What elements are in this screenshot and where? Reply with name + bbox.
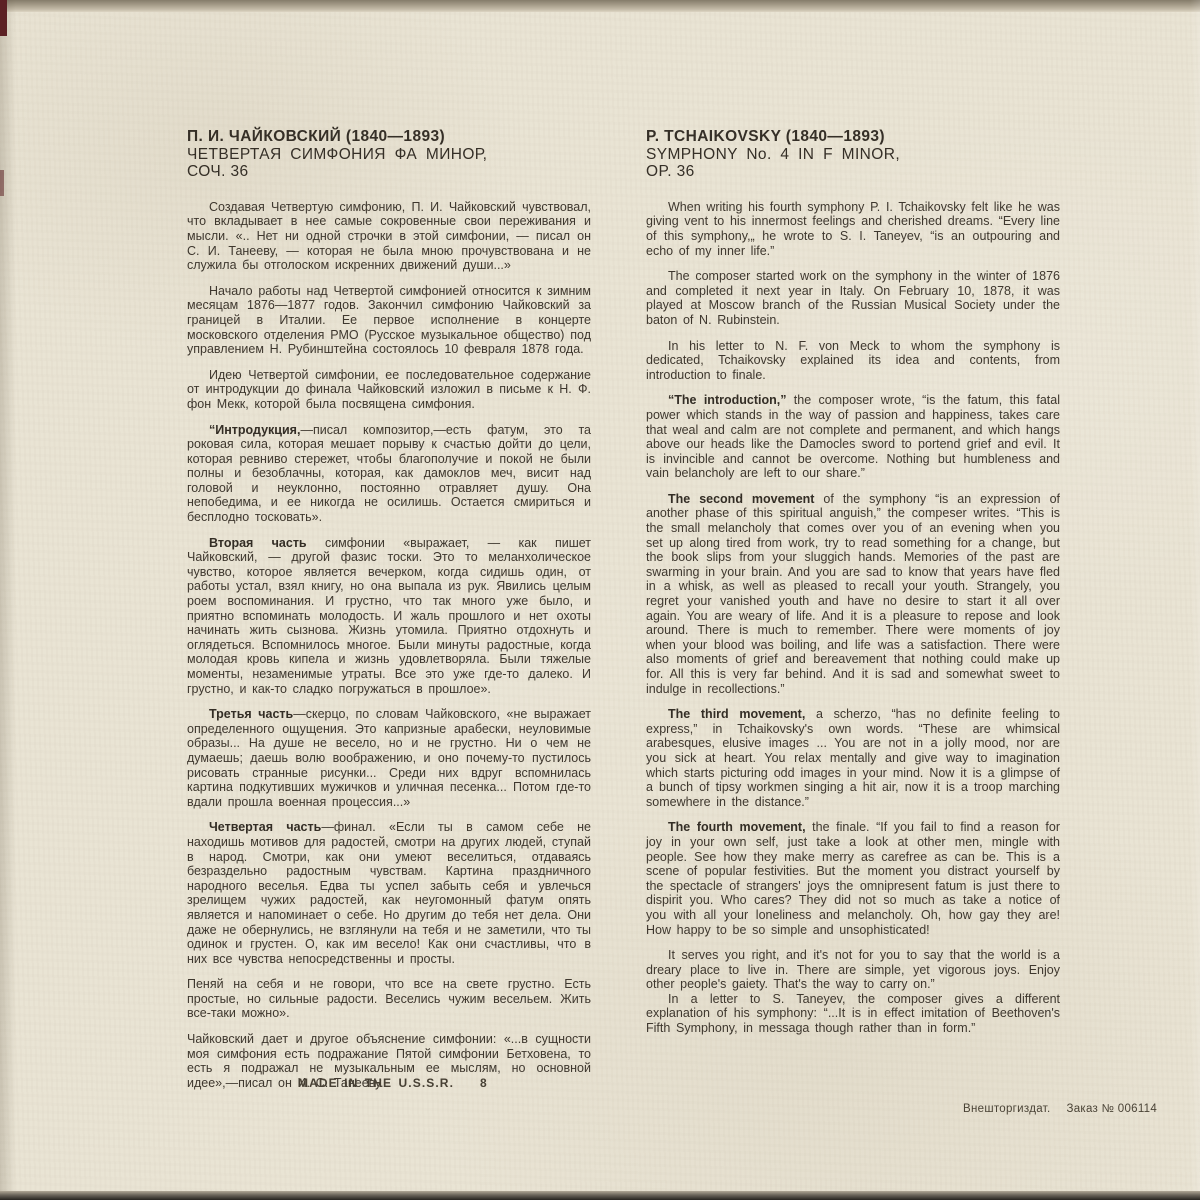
paragraph-lead: Четвертая часть [209, 820, 321, 834]
russian-paragraph-fourth-movement: Четвертая часть—финал. «Если ты в самом … [187, 820, 591, 966]
russian-symphony-title: ЧЕТВЕРТАЯ СИМФОНИЯ ФА МИНОР, [187, 146, 591, 164]
paragraph-lead: Вторая часть [209, 536, 307, 550]
paragraph-text: —писал композитор,—есть фатум, это та ро… [187, 423, 591, 525]
sleeve-top-edge [0, 0, 1200, 12]
paragraph-lead: “Интродукция, [209, 423, 300, 437]
paragraph-lead: The third movement, [668, 707, 805, 721]
russian-paragraph-2: Начало работы над Четвертой симфонией от… [187, 284, 591, 357]
spine-mark-top [0, 0, 7, 36]
record-sleeve-back-cover: П. И. ЧАЙКОВСКИЙ (1840—1893) ЧЕТВЕРТАЯ С… [0, 0, 1200, 1200]
made-in-label: MADE IN THE U.S.S.R. [298, 1076, 454, 1090]
paragraph-text: Пеняй на себя и не говори, что все на св… [187, 977, 591, 1020]
order-number: Заказ № 006114 [1066, 1103, 1157, 1115]
side-number: 8 [480, 1076, 488, 1090]
english-paragraph-third-movement: The third movement, a scherzo, “has no d… [646, 707, 1060, 809]
english-symphony-title: SYMPHONY No. 4 IN F MINOR, [646, 146, 1060, 164]
russian-paragraph-3: Идею Четвертой симфонии, ее последовател… [187, 368, 591, 412]
publisher-name: Внешторгиздат. [963, 1103, 1050, 1115]
russian-paragraph-third-movement: Третья часть—скерцо, по словам Чайковско… [187, 707, 591, 809]
paragraph-text: симфонии «выражает, — как пишет Чайковск… [187, 536, 591, 696]
paragraph-text: —финал. «Если ты в самом себе не находиш… [187, 820, 591, 965]
english-paragraph-introduction: “The introduction,” the composer wrote, … [646, 393, 1060, 481]
russian-opus-title: СОЧ. 36 [187, 163, 591, 181]
sleeve-bottom-edge [0, 1191, 1200, 1200]
sleeve-right-highlight [1190, 0, 1200, 1200]
english-paragraph-9: In a letter to S. Taneyev, the composer … [646, 992, 1060, 1036]
russian-column: П. И. ЧАЙКОВСКИЙ (1840—1893) ЧЕТВЕРТАЯ С… [187, 128, 591, 1090]
paragraph-text: When writing his fourth symphony P. I. T… [646, 200, 1060, 258]
paragraph-text: the finale. “If you fail to find a reaso… [646, 820, 1060, 936]
paragraph-text: In his letter to N. F. von Meck to whom … [646, 339, 1060, 382]
english-paragraph-second-movement: The second movement of the symphony “is … [646, 492, 1060, 696]
paragraph-text: In a letter to S. Taneyev, the composer … [646, 992, 1060, 1035]
russian-paragraph-8: Пеняй на себя и не говори, что все на св… [187, 977, 591, 1021]
english-composer-title: P. TCHAIKOVSKY (1840—1893) [646, 128, 1060, 146]
russian-composer-title: П. И. ЧАЙКОВСКИЙ (1840—1893) [187, 128, 591, 146]
paragraph-text: a scherzo, “has no definite feeling to e… [646, 707, 1060, 809]
english-paragraph-fourth-movement: The fourth movement, the finale. “If you… [646, 820, 1060, 937]
paragraph-text: Начало работы над Четвертой симфонией от… [187, 284, 591, 356]
paragraph-text: —скерцо, по словам Чайковского, «не выра… [187, 707, 591, 809]
russian-paragraph-second-movement: Вторая часть симфонии «выражает, — как п… [187, 536, 591, 697]
paragraph-lead: The second movement [668, 492, 814, 506]
paragraph-text: of the symphony “is an expression of ano… [646, 492, 1060, 696]
english-paragraph-3: In his letter to N. F. von Meck to whom … [646, 339, 1060, 383]
russian-paragraph-introduction: “Интродукция,—писал композитор,—есть фат… [187, 423, 591, 525]
russian-paragraph-1: Создавая Четвертую симфонию, П. И. Чайко… [187, 200, 591, 273]
made-in-footer: MADE IN THE U.S.S.R.8 [298, 1076, 488, 1090]
paragraph-text: Идею Четвертой симфонии, ее последовател… [187, 368, 591, 411]
paragraph-lead: The fourth movement, [668, 820, 806, 834]
english-paragraph-8: It serves you right, and it's not for yo… [646, 948, 1060, 992]
paragraph-lead: “The introduction,” [668, 393, 786, 407]
english-column: P. TCHAIKOVSKY (1840—1893) SYMPHONY No. … [646, 128, 1060, 1036]
paragraph-text: The composer started work on the symphon… [646, 269, 1060, 327]
english-paragraph-1: When writing his fourth symphony P. I. T… [646, 200, 1060, 258]
publisher-footer: Внешторгиздат.Заказ № 006114 [963, 1103, 1157, 1115]
paragraph-text: It serves you right, and it's not for yo… [646, 948, 1060, 991]
english-opus-title: OP. 36 [646, 163, 1060, 181]
paragraph-text: Создавая Четвертую симфонию, П. И. Чайко… [187, 200, 591, 272]
english-paragraph-2: The composer started work on the symphon… [646, 269, 1060, 327]
spine-mark-mid [0, 170, 4, 196]
paragraph-lead: Третья часть [209, 707, 293, 721]
